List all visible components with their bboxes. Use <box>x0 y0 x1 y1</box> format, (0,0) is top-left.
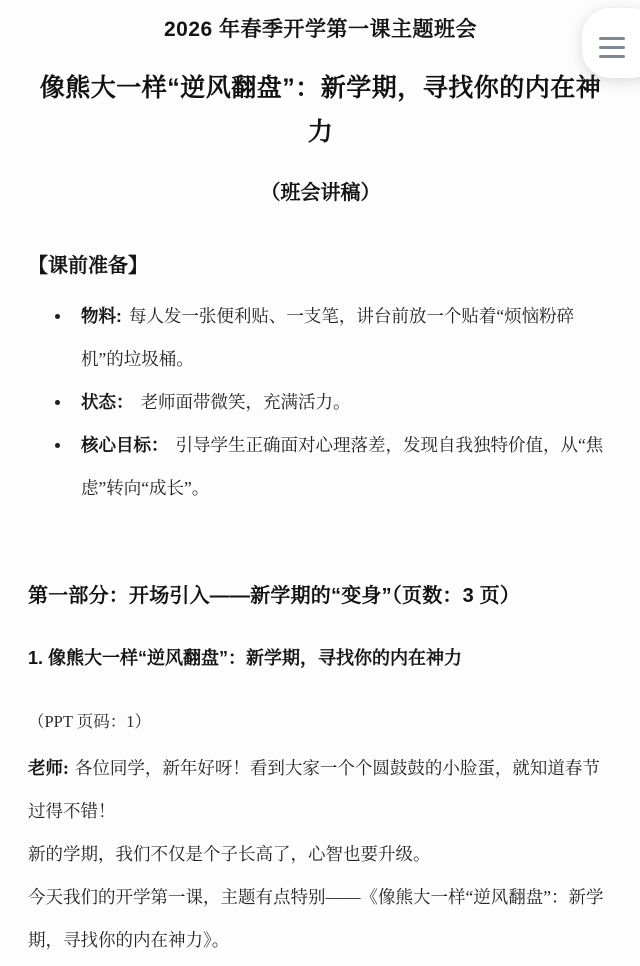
speaker-label: 老师: <box>28 758 69 778</box>
document-title: 2026 年春季开学第一课主题班会 <box>28 15 613 44</box>
document-subtitle: （班会讲稿） <box>28 179 613 207</box>
paragraph: 今天我们的开学第一课，主题有点特别——《像熊大一样“逆风翻盘”：新学期，寻找你的… <box>28 876 613 962</box>
bullet-label: 核心目标： <box>81 435 169 455</box>
paragraph-text: 各位同学，新年好呀！看到大家一个个圆鼓鼓的小脸蛋，就知道春节过得不错！ <box>28 758 600 821</box>
paragraph: 新的学期，我们不仅是个子长高了，心智也要升级。 <box>28 833 613 876</box>
menu-button[interactable] <box>582 8 640 78</box>
bullet-text: 每人发一张便利贴、一支笔，讲台前放一个贴着“烦恼粉碎机”的垃圾桶。 <box>81 306 574 369</box>
list-item-core-goal: 核心目标：引导学生正确面对心理落差，发现自我独特价值，从“焦虑”转向“成长”。 <box>28 424 613 510</box>
script-paragraphs: 老师:各位同学，新年好呀！看到大家一个个圆鼓鼓的小脸蛋，就知道春节过得不错！ 新… <box>28 747 613 962</box>
part-one-subheading: 1. 像熊大一样“逆风翻盘”：新学期，寻找你的内在神力 <box>28 646 613 671</box>
document-page: 2026 年春季开学第一课主题班会 像熊大一样“逆风翻盘”：新学期，寻找你的内在… <box>0 0 640 966</box>
list-item-materials: 物料:每人发一张便利贴、一支笔，讲台前放一个贴着“烦恼粉碎机”的垃圾桶。 <box>28 295 613 381</box>
bullet-label: 状态： <box>81 392 134 412</box>
prep-section-heading: 【课前准备】 <box>28 252 613 280</box>
part-one-heading: 第一部分：开场引入——新学期的“变身”（页数：3 页） <box>28 582 613 610</box>
paragraph-text: 新的学期，我们不仅是个子长高了，心智也要升级。 <box>28 844 431 864</box>
paragraph-text: 今天我们的开学第一课，主题有点特别——《像熊大一样“逆风翻盘”：新学期，寻找你的… <box>28 887 604 950</box>
ppt-page-note: （PPT 页码：1） <box>28 710 613 733</box>
list-item-state: 状态：老师面带微笑，充满活力。 <box>28 381 613 424</box>
bullet-label: 物料: <box>81 306 122 326</box>
prep-bullet-list: 物料:每人发一张便利贴、一支笔，讲台前放一个贴着“烦恼粉碎机”的垃圾桶。 状态：… <box>28 295 613 510</box>
hamburger-menu-icon <box>599 37 625 58</box>
paragraph: 老师:各位同学，新年好呀！看到大家一个个圆鼓鼓的小脸蛋，就知道春节过得不错！ <box>28 747 613 833</box>
document-heading: 像熊大一样“逆风翻盘”：新学期，寻找你的内在神力 <box>28 66 613 154</box>
bullet-text: 老师面带微笑，充满活力。 <box>141 392 351 412</box>
